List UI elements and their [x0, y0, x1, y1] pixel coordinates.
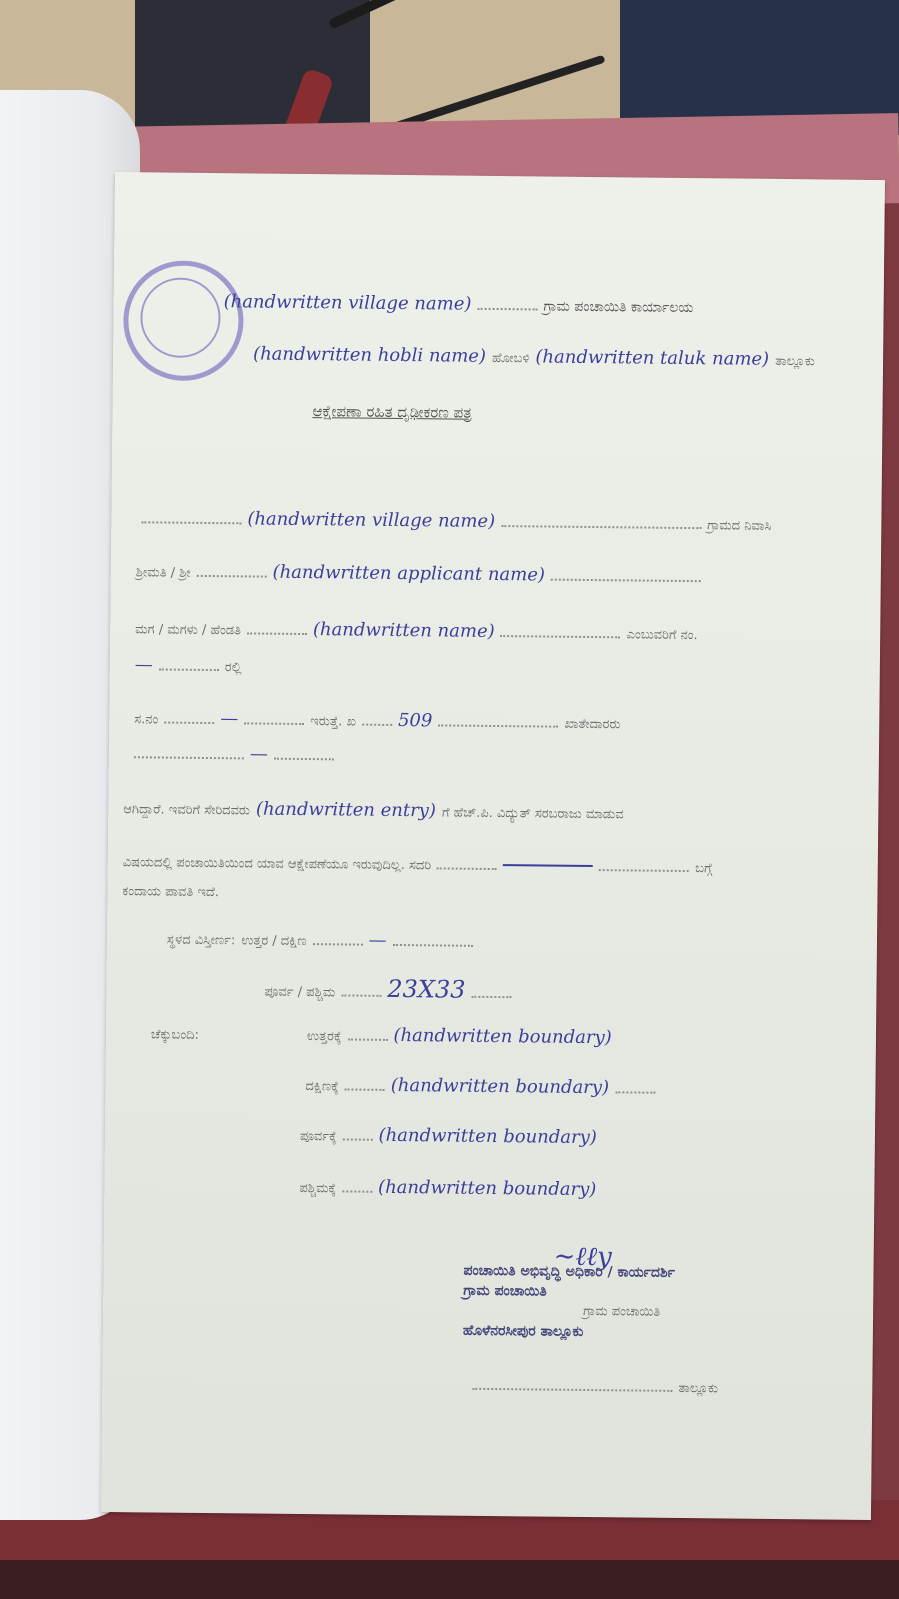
- dotted-blank: [599, 857, 689, 872]
- south-label: ದಕ್ಷಿಣಕ್ಕೆ: [305, 1079, 338, 1094]
- dotted-blank: [471, 984, 511, 998]
- applicant-prefix: ಶ್ರೀಮತಿ / ಶ್ರೀ: [136, 565, 191, 581]
- document-title: ಆಕ್ಷೇಪಣಾ ರಹಿತ ದೃಢೀಕರಣ ಪತ್ರ: [312, 402, 471, 422]
- taluk-handwritten: (handwritten taluk name): [535, 346, 769, 369]
- dimension-ns-line: ಸ್ಥಳದ ವಿಸ್ತೀರ್ಣ: ಉತ್ತರ / ದಕ್ಷಿಣ —: [167, 928, 473, 952]
- dotted-blank: [141, 509, 241, 524]
- panchayat-name-handwritten: (handwritten village name): [224, 291, 472, 315]
- dotted-blank: [164, 710, 214, 725]
- survey-prefix: ಸ.ನಂ: [134, 712, 158, 727]
- west-label: ಪಶ್ಚಿಮಕ್ಕೆ: [299, 1181, 336, 1196]
- number-line: — ರಲ್ಲಿ: [135, 654, 242, 676]
- dotted-blank: [347, 1026, 387, 1040]
- khata-suffix: ಖಾತೇದಾರರು: [564, 717, 620, 733]
- dotted-blank: [343, 1126, 373, 1140]
- dotted-blank: [134, 744, 244, 759]
- blank-value: —: [250, 743, 268, 764]
- dotted-blank: [244, 710, 304, 725]
- signature-line-4: ಹೊಳೆನರಸೀಪುರ ತಾಲ್ಲೂಕು: [463, 1321, 763, 1344]
- khata-line: ಸ.ನಂ — ಇರುತ್ತೆ. ಖ 509 ಖಾತೇದಾರರು: [134, 707, 620, 733]
- relation-value: (handwritten name): [313, 619, 495, 642]
- village-line: (handwritten village name) ಗ್ರಾಮದ ನಿವಾಸಿ: [141, 507, 771, 535]
- arrow-mark: [503, 864, 593, 867]
- header-panchayat-line: (handwritten village name) ಗ್ರಾಮ ಪಂಚಾಯಿತ…: [224, 291, 694, 317]
- objection-text: ವಿಷಯದಲ್ಲಿ ಪಂಚಾಯಿತಿಯಿಂದ ಯಾವ ಆಕ್ಷೇಪಣೆಯೂ ಇರ…: [123, 855, 432, 873]
- para-suffix: ಗೆ ಹೆಚ್.ಪಿ. ವಿದ್ಯುತ್ ಸರಬರಾಜು ಮಾಡುವ: [442, 805, 624, 822]
- hobli-handwritten: (handwritten hobli name): [253, 343, 486, 366]
- east-value: (handwritten boundary): [379, 1125, 597, 1148]
- objection-suffix: ಬಗ್ಗೆ: [695, 861, 712, 876]
- east-west-label: ಪೂರ್ವ / ಪಶ್ಚಿಮ: [264, 985, 335, 1001]
- dotted-blank: [392, 932, 472, 947]
- supply-line: ಆಗಿದ್ದಾರೆ. ಇವರಿಗೆ ಸೇರಿದವರು (handwritten …: [123, 797, 624, 823]
- west-value: (handwritten boundary): [378, 1177, 596, 1200]
- east-label: ಪೂರ್ವಕ್ಕೆ: [300, 1129, 337, 1144]
- number-value: —: [135, 654, 153, 675]
- number-suffix: ರಲ್ಲಿ: [225, 660, 242, 675]
- khata-number: 509: [398, 710, 433, 731]
- signature-taluk-label: ತಾಲ್ಲೂಕು: [678, 1381, 718, 1396]
- signature-line-2: ಗ್ರಾಮ ಪಂಚಾಯಿತಿ: [463, 1281, 763, 1304]
- folder-shadow: [0, 1560, 899, 1599]
- dotted-blank: [274, 746, 334, 761]
- north-south-label: ಉತ್ತರ / ದಕ್ಷಿಣ: [241, 933, 306, 949]
- objection-line: ವಿಷಯದಲ್ಲಿ ಪಂಚಾಯಿತಿಯಿಂದ ಯಾವ ಆಕ್ಷೇಪಣೆಯೂ ಇರ…: [123, 852, 713, 876]
- dotted-blank: [437, 855, 497, 870]
- closing-text: ಕಂದಾಯ ಪಾವತಿ ಇದೆ.: [122, 884, 219, 900]
- dotted-blank: [159, 656, 219, 671]
- boundaries-west-line: ಪಶ್ಚಿಮಕ್ಕೆ (handwritten boundary): [299, 1176, 596, 1200]
- relation-prefix: ಮಗ / ಮಗಳು / ಹೆಂಡತಿ: [135, 622, 241, 638]
- north-south-value: —: [368, 930, 386, 951]
- dotted-blank: [438, 712, 558, 727]
- office-seal-stamp: [123, 260, 244, 381]
- dotted-blank: [501, 513, 701, 529]
- village-value: (handwritten village name): [247, 508, 495, 532]
- north-label: ಉತ್ತರಕ್ಕೆ: [307, 1029, 342, 1044]
- boundaries-north-line: ಚೆಕ್ಕುಬಂದಿ: ಉತ್ತರಕ್ಕೆ (handwritten bound…: [151, 1022, 612, 1048]
- applicant-value: (handwritten applicant name): [272, 562, 545, 586]
- dimensions-label: ಸ್ಥಳದ ವಿಸ್ತೀರ್ಣ:: [167, 933, 235, 949]
- blank-line: —: [134, 742, 334, 765]
- dotted-blank: [247, 620, 307, 635]
- dotted-blank: [341, 982, 381, 996]
- para-prefix: ಆಗಿದ್ದಾರೆ. ಇವರಿಗೆ ಸೇರಿದವರು: [123, 802, 250, 818]
- dimension-ew-line: ಪೂರ್ವ / ಪಶ್ಚಿಮ 23X33: [264, 974, 511, 1005]
- boundaries-label: ಚೆಕ್ಕುಬಂದಿ:: [151, 1027, 301, 1044]
- dotted-blank: [342, 1178, 372, 1192]
- noc-form: (handwritten village name) ಗ್ರಾಮ ಪಂಚಾಯಿತ…: [101, 172, 885, 1520]
- dotted-blank: [477, 296, 537, 311]
- applicant-line: ಶ್ರೀಮತಿ / ಶ್ರೀ (handwritten applicant na…: [136, 560, 701, 587]
- closing-line: ಕಂದಾಯ ಪಾವತಿ ಇದೆ.: [122, 884, 219, 900]
- north-value: (handwritten boundary): [393, 1025, 611, 1048]
- relation-line: ಮಗ / ಮಗಳು / ಹೆಂಡತಿ (handwritten name) ಎಂ…: [135, 617, 698, 644]
- relation-suffix: ಎಂಬುವರಿಗೆ ನಂ.: [627, 627, 698, 643]
- dotted-blank: [615, 1079, 655, 1093]
- para-value: (handwritten entry): [256, 799, 436, 822]
- khata-prefix: ಇರುತ್ತೆ. ಖ: [310, 714, 356, 729]
- boundaries-east-line: ಪೂರ್ವಕ್ಕೆ (handwritten boundary): [300, 1124, 597, 1148]
- dotted-blank: [472, 1376, 672, 1392]
- signature-taluk-line: ತಾಲ್ಲೂಕು: [472, 1376, 718, 1397]
- panchayat-office-label: ಗ್ರಾಮ ಪಂಚಾಯಿತಿ ಕಾರ್ಯಾಲಯ: [543, 298, 693, 316]
- hobli-label: ಹೋಬಳಿ: [492, 351, 530, 366]
- dotted-blank: [312, 931, 362, 946]
- east-west-value: 23X33: [387, 975, 465, 1004]
- dotted-blank: [197, 563, 267, 578]
- header-hobli-line: (handwritten hobli name) ಹೋಬಳಿ (handwrit…: [253, 343, 815, 370]
- boundaries-south-line: ದಕ್ಷಿಣಕ್ಕೆ (handwritten boundary): [305, 1074, 655, 1099]
- dotted-blank: [345, 1076, 385, 1090]
- south-value: (handwritten boundary): [391, 1075, 609, 1098]
- dotted-blank: [551, 567, 701, 583]
- survey-value: —: [220, 708, 238, 729]
- village-label: ಗ್ರಾಮದ ನಿವಾಸಿ: [707, 518, 771, 534]
- dotted-blank: [501, 623, 621, 638]
- signature-seal: ಪಂಚಾಯಿತಿ ಅಭಿವೃದ್ಧಿ ಅಧಿಕಾರಿ / ಕಾರ್ಯದರ್ಶಿ …: [463, 1261, 764, 1344]
- taluk-label: ತಾಲ್ಲೂಕು: [775, 354, 815, 369]
- dotted-blank: [362, 712, 392, 726]
